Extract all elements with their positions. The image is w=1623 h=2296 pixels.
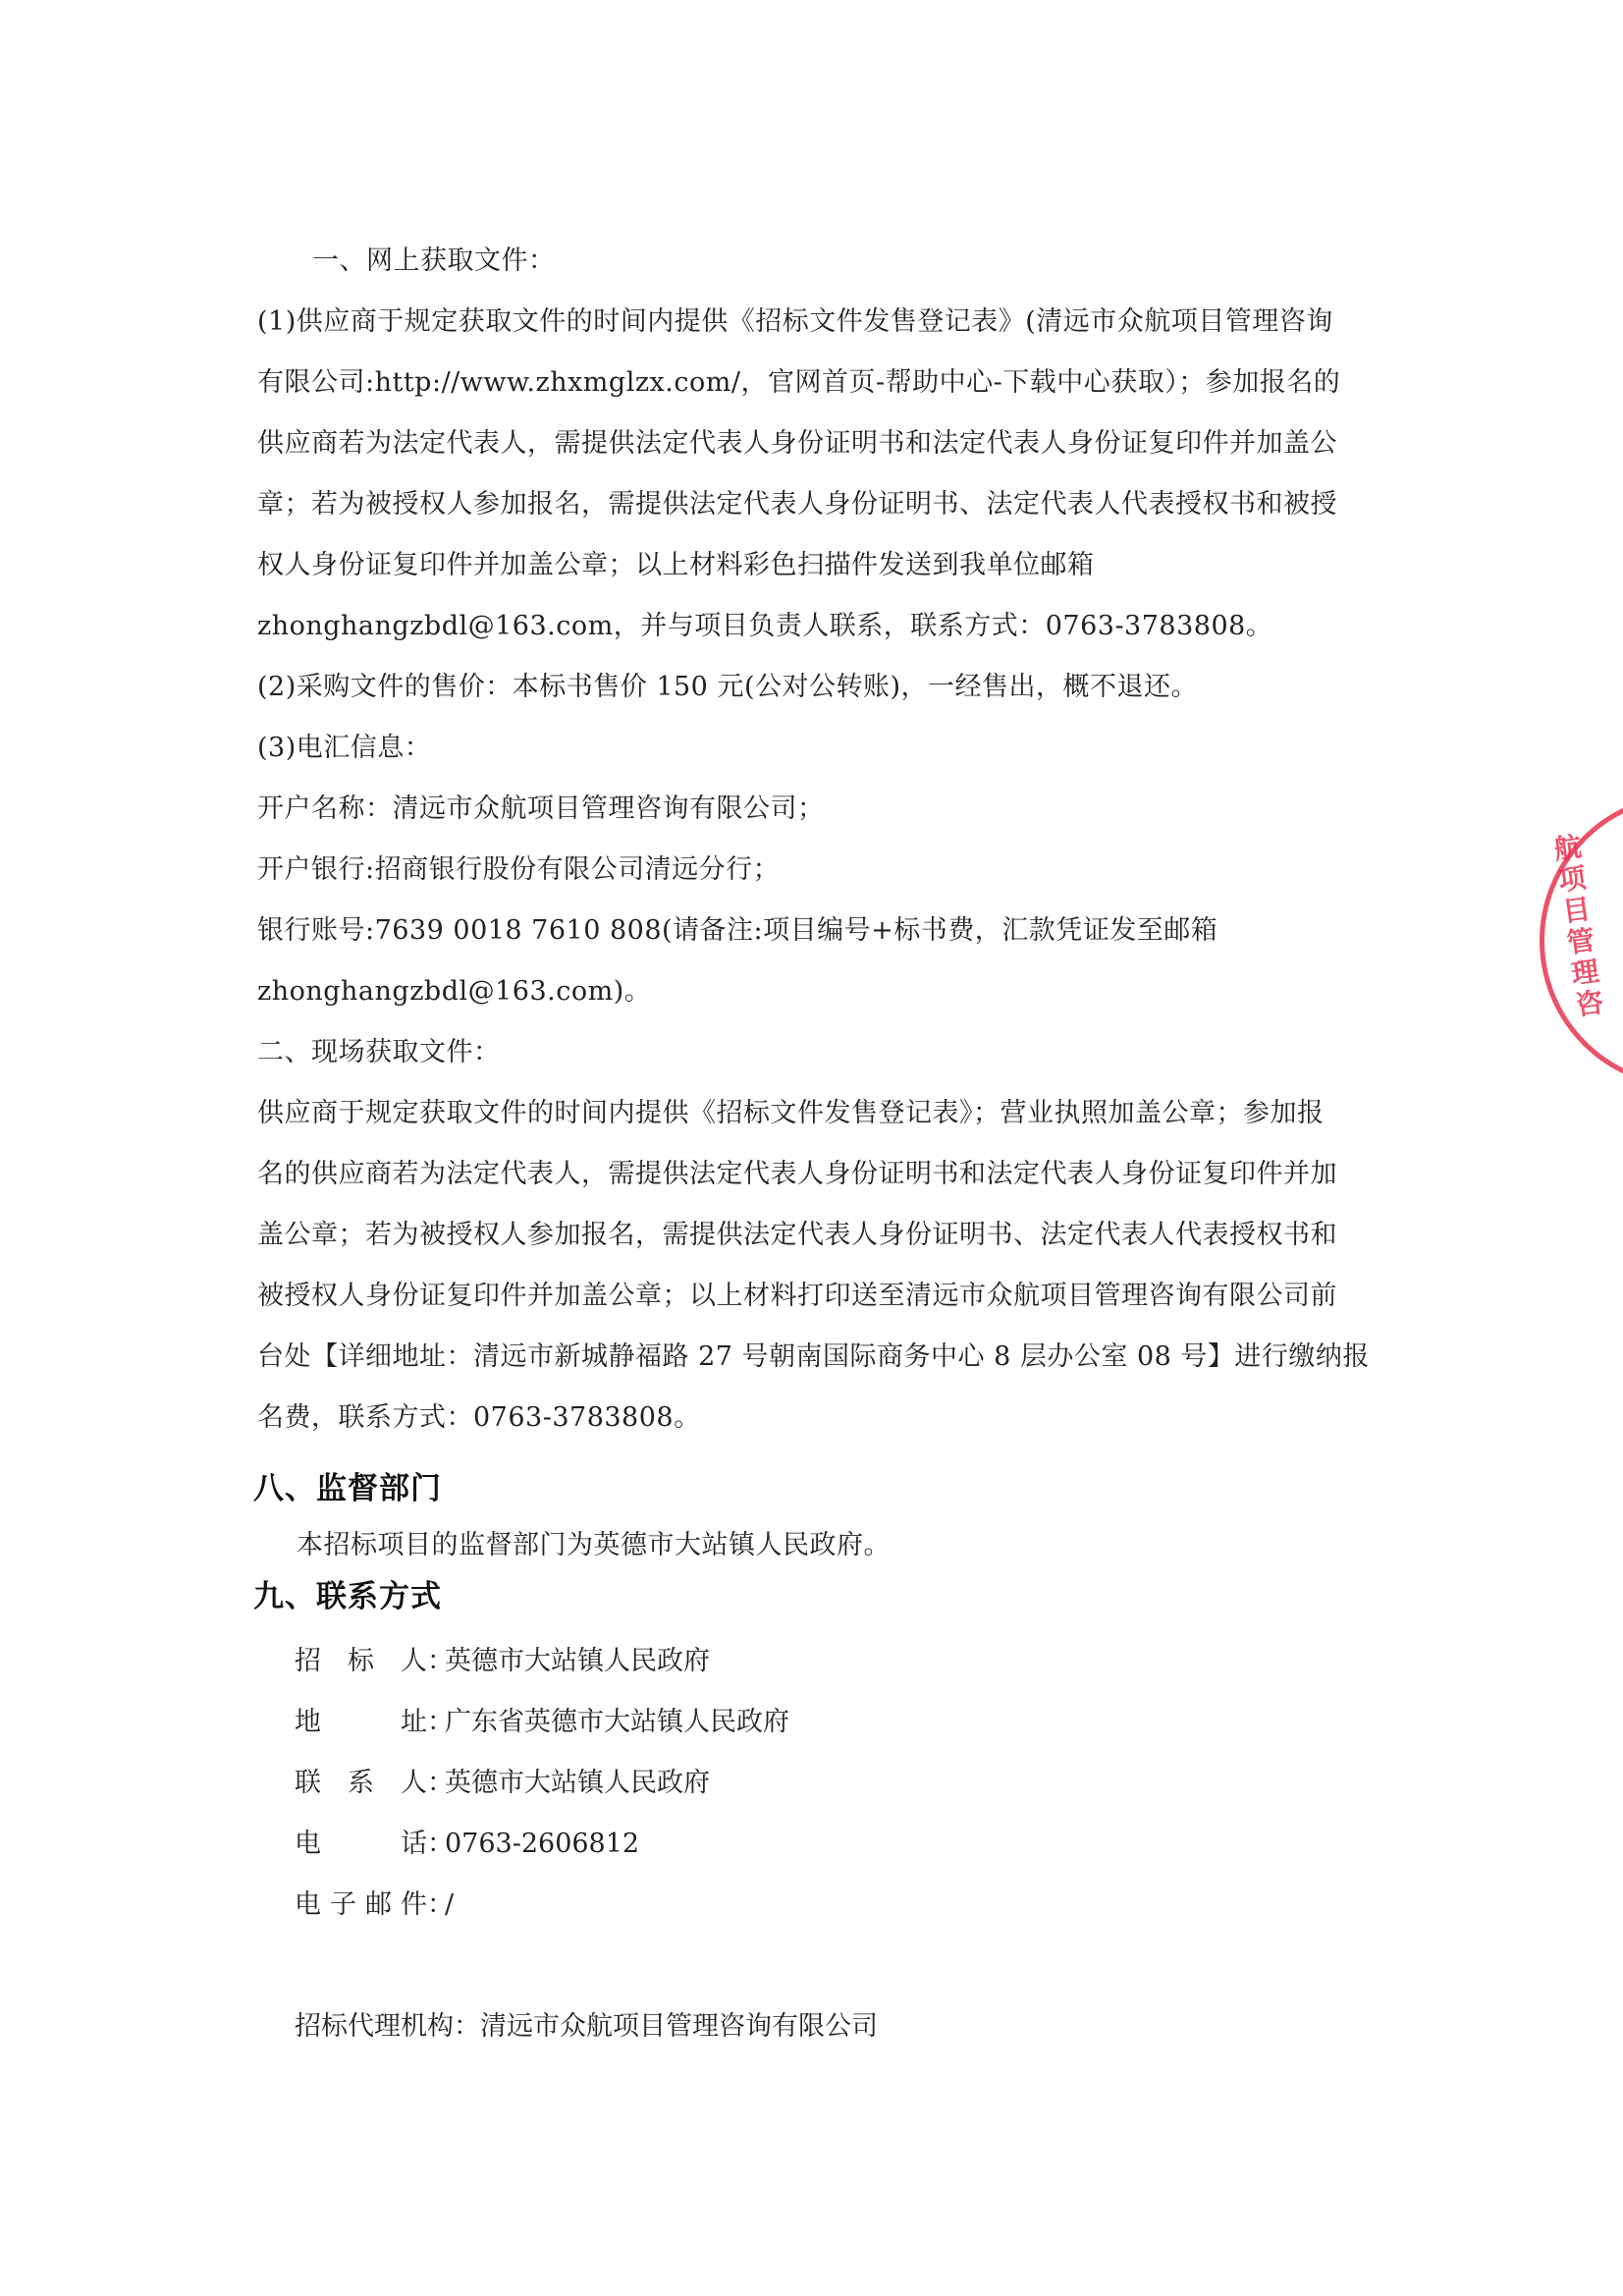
contact-row-tenderer: 招标人：英德市大站镇人民政府 [295, 1646, 710, 1677]
contact-colon: ： [427, 1646, 437, 1677]
contact-colon: ： [427, 1889, 437, 1921]
paragraph-line: 名费，联系方式：0763-3783808。 [257, 1402, 701, 1434]
contact-value: 英德市大站镇人民政府 [445, 1646, 710, 1676]
contact-row-phone: 电话：0763-2606812 [295, 1829, 639, 1860]
document-page: 一、网上获取文件： (1)供应商于规定获取文件的时间内提供《招标文件发售登记表》… [0, 0, 1623, 2296]
contact-row-address: 地址：广东省英德市大站镇人民政府 [295, 1707, 789, 1738]
section-eight-heading: 八、监督部门 [253, 1471, 442, 1506]
contact-row-email: 电子邮件：/ [295, 1889, 454, 1921]
section-online-title: 一、网上获取文件： [312, 246, 556, 277]
contact-row-contact-person: 联系人：英德市大站镇人民政府 [295, 1768, 710, 1799]
paragraph-line: 权人身份证复印件并加盖公章；以上材料彩色扫描件发送到我单位邮箱 [257, 550, 1095, 581]
account-name-line: 开户名称：清远市众航项目管理咨询有限公司； [257, 793, 825, 825]
section-onsite-title: 二、现场获取文件： [257, 1037, 501, 1068]
paragraph-line: 供应商若为法定代表人，需提供法定代表人身份证明书和法定代表人身份证复印件并加盖公 [257, 428, 1337, 460]
price-line: (2)采购文件的售价：本标书售价 150 元(公对公转账)，一经售出，概不退还。 [257, 672, 1198, 703]
contact-label: 招标人 [295, 1646, 427, 1677]
paragraph-line: (1)供应商于规定获取文件的时间内提供《招标文件发售登记表》(清远市众航项目管理… [257, 306, 1333, 338]
contact-value: / [445, 1889, 454, 1920]
paragraph-line: 章；若为被授权人参加报名，需提供法定代表人身份证明书、法定代表人代表授权书和被授 [257, 489, 1337, 520]
account-number-line: 银行账号:7639 0018 7610 808(请备注:项目编号+标书费，汇款凭… [257, 915, 1217, 947]
paragraph-line: zhonghangzbdl@163.com，并与项目负责人联系，联系方式：076… [257, 611, 1272, 642]
contact-label: 电子邮件 [295, 1889, 427, 1921]
contact-colon: ： [427, 1829, 437, 1860]
contact-label: 地址 [295, 1707, 427, 1738]
paragraph-line: 盖公章；若为被授权人参加报名，需提供法定代表人身份证明书、法定代表人代表授权书和 [257, 1220, 1337, 1251]
paragraph-line: 台处【详细地址：清远市新城静福路 27 号朝南国际商务中心 8 层办公室 08 … [257, 1341, 1370, 1373]
contact-value: 英德市大站镇人民政府 [445, 1768, 710, 1798]
paragraph-line: 名的供应商若为法定代表人，需提供法定代表人身份证明书和法定代表人身份证复印件并加 [257, 1159, 1337, 1190]
agency-line: 招标代理机构：清远市众航项目管理咨询有限公司 [295, 2011, 878, 2043]
account-email-line: zhonghangzbdl@163.com)。 [257, 976, 651, 1008]
contact-value: 广东省英德市大站镇人民政府 [445, 1707, 789, 1737]
contact-colon: ： [427, 1707, 437, 1738]
bank-line: 开户银行:招商银行股份有限公司清远分行； [257, 854, 780, 886]
contact-label: 联系人 [295, 1768, 427, 1799]
paragraph-line: 有限公司:http://www.zhxmglzx.com/，官网首页-帮助中心-… [257, 367, 1340, 399]
contact-value: 0763-2606812 [445, 1829, 639, 1859]
contact-label: 电话 [295, 1829, 427, 1860]
section-nine-heading: 九、联系方式 [253, 1579, 442, 1614]
paragraph-line: 供应商于规定获取文件的时间内提供《招标文件发售登记表》；营业执照加盖公章；参加报 [257, 1098, 1325, 1129]
company-seal: 航项目管理咨 [1540, 793, 1623, 1088]
contact-colon: ： [427, 1768, 437, 1799]
wire-info-title: (3)电汇信息： [257, 733, 431, 764]
paragraph-line: 被授权人身份证复印件并加盖公章；以上材料打印送至清远市众航项目管理咨询有限公司前 [257, 1281, 1337, 1312]
supervision-line: 本招标项目的监督部门为英德市大站镇人民政府。 [297, 1530, 891, 1561]
